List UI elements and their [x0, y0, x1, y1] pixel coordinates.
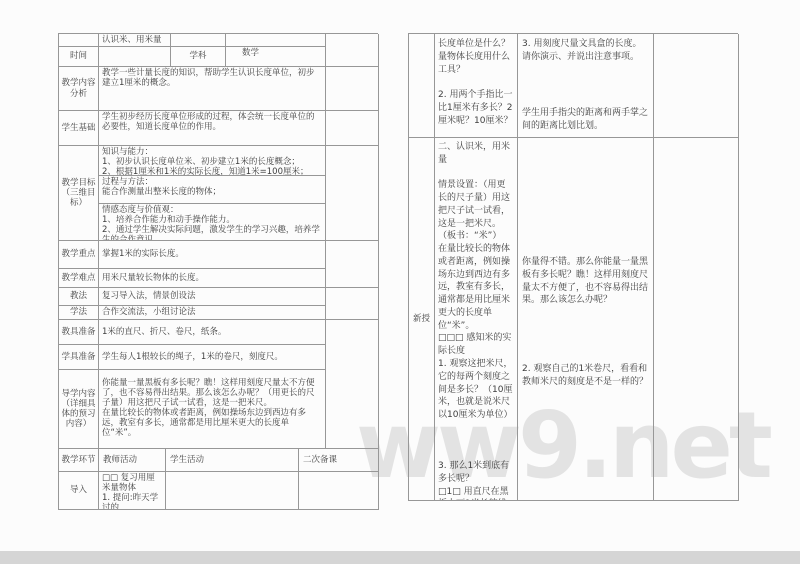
preview-text: 你能量一量黑板有多长呢？瞧！这样用刻度尺量太不方便了，也不容易得出结果。那么该怎…	[99, 370, 326, 449]
time-label: 时间	[59, 47, 99, 67]
goals-emotion-text: 情感态度与价值观： 1、培养合作能力和动手操作能力。 2、通过学生解决实际问题，…	[99, 204, 326, 241]
teach-method-text: 复习导入法，情景创设法	[99, 288, 326, 306]
intro-student-activity-top: 3. 用刻度尺量文具盒的长度。请你演示、并说出注意事项。	[522, 38, 649, 64]
empty-cell	[326, 320, 379, 449]
empty-cell	[654, 138, 739, 501]
empty-cell	[409, 34, 435, 138]
goals-knowledge-text: 知识与能力： 1、初步认识长度单位米、初步建立1米的长度概念； 2、根据1厘米和…	[99, 146, 326, 176]
content-analysis-text: 教学一些计量长度的知识，帮助学生认识长度单位，初步建立1厘米的概念。	[99, 67, 326, 111]
student-base-text: 学生初步经历长度单位形成的过程，体会统一长度单位的必要性，知道长度单位的作用。	[99, 111, 326, 146]
empty-cell	[299, 472, 379, 510]
stage-header-student: 学生活动	[166, 449, 299, 472]
teacher-tools-label: 教具准备	[59, 320, 99, 345]
intro-student-activity: 3. 用刻度尺量文具盒的长度。请你演示、并说出注意事项。 学生用手指尖的距离和两…	[518, 34, 654, 138]
key-point-text: 掌握1米的实际长度。	[99, 241, 326, 269]
difficulty-text: 用米尺量较长物体的长度。	[99, 269, 326, 288]
empty-cell	[166, 472, 299, 510]
empty-cell	[59, 34, 99, 47]
stage-header-second: 二次备课	[299, 449, 379, 472]
lesson-plan-table-left: 认识米、用米量 时间 学科 数学 教学内容分析 教学一些计量长度的知识，帮助学生…	[58, 33, 378, 449]
new-lesson-student-activity: 你量得不错。那么你能量一量黑板有多长呢？瞧！这样用刻度尺量太不方便了，也不容易得…	[518, 138, 654, 501]
content-analysis-label: 教学内容分析	[59, 67, 99, 111]
empty-cell	[171, 34, 226, 47]
goals-process-text: 过程与方法： 能合作测量出整米长度的物体；	[99, 176, 326, 204]
student-tools-label: 学具准备	[59, 345, 99, 370]
empty-cell	[326, 34, 379, 67]
empty-cell	[326, 241, 379, 288]
teacher-tools-text: 1米的直尺、折尺、卷尺，纸条。	[99, 320, 326, 345]
preview-label: 导学内容（详细具体的预习内容）	[59, 370, 99, 449]
new-lesson-label: 新授	[409, 138, 435, 501]
intro-teacher-activity-cont: 长度单位是什么？量物体长度用什么工具？ 2. 用两个手指比一比1厘米有多长？2厘…	[435, 34, 518, 138]
empty-cell	[654, 34, 739, 138]
intro-teacher-activity: □□ 复习用厘米量物体 1. 提问:昨天学过的	[99, 472, 166, 510]
goals-label: 教学目标（三维目标）	[59, 146, 99, 241]
new-lesson-student-activity-bottom: 2. 观察自己的1米卷尺，看看和教师米尺的刻度是不是一样的？	[522, 363, 649, 389]
learn-method-text: 合作交流法，小组讨论法	[99, 306, 326, 320]
empty-cell	[326, 146, 379, 241]
student-base-label: 学生基础	[59, 111, 99, 146]
document-preview: ww9.net 认识米、用米量 时间 学科 数学 教学内容分析 教学一些计量长度…	[0, 0, 800, 564]
empty-cell	[326, 111, 379, 146]
empty-cell	[326, 67, 379, 111]
lesson-stages-table-right: 长度单位是什么？量物体长度用什么工具？ 2. 用两个手指比一比1厘米有多长？2厘…	[408, 33, 738, 501]
new-lesson-teacher-activity: 二、认识米，用米量 情景设置：（用更长的尺子量）用这把尺子试一试看，这是一把米尺…	[435, 138, 518, 501]
learn-method-label: 学法	[59, 306, 99, 320]
key-point-label: 教学重点	[59, 241, 99, 269]
empty-cell	[326, 288, 379, 320]
difficulty-label: 教学难点	[59, 269, 99, 288]
subject-value: 数学	[226, 47, 326, 67]
lesson-title-cell: 认识米、用米量	[99, 34, 171, 47]
teach-method-label: 教法	[59, 288, 99, 306]
empty-cell	[226, 34, 326, 47]
new-lesson-student-activity-top: 你量得不错。那么你能量一量黑板有多长呢？瞧！这样用刻度尺量太不方便了，也不容易得…	[522, 142, 649, 307]
time-value-cell	[99, 47, 171, 67]
intro-student-activity-bottom: 学生用手指尖的距离和两手掌之间的距离比划比划。	[522, 107, 649, 133]
bottom-gray-strip	[0, 551, 800, 564]
stage-header-label: 教学环节	[59, 449, 99, 472]
lesson-stages-table-left: 教学环节 教师活动 学生活动 二次备课 导入 □□ 复习用厘米量物体 1. 提问…	[58, 449, 378, 510]
stage-header-teacher: 教师活动	[99, 449, 166, 472]
student-tools-text: 学生每人1根较长的绳子，1米的卷尺，刻度尺。	[99, 345, 326, 370]
intro-label: 导入	[59, 472, 99, 510]
subject-label: 学科	[171, 47, 226, 67]
